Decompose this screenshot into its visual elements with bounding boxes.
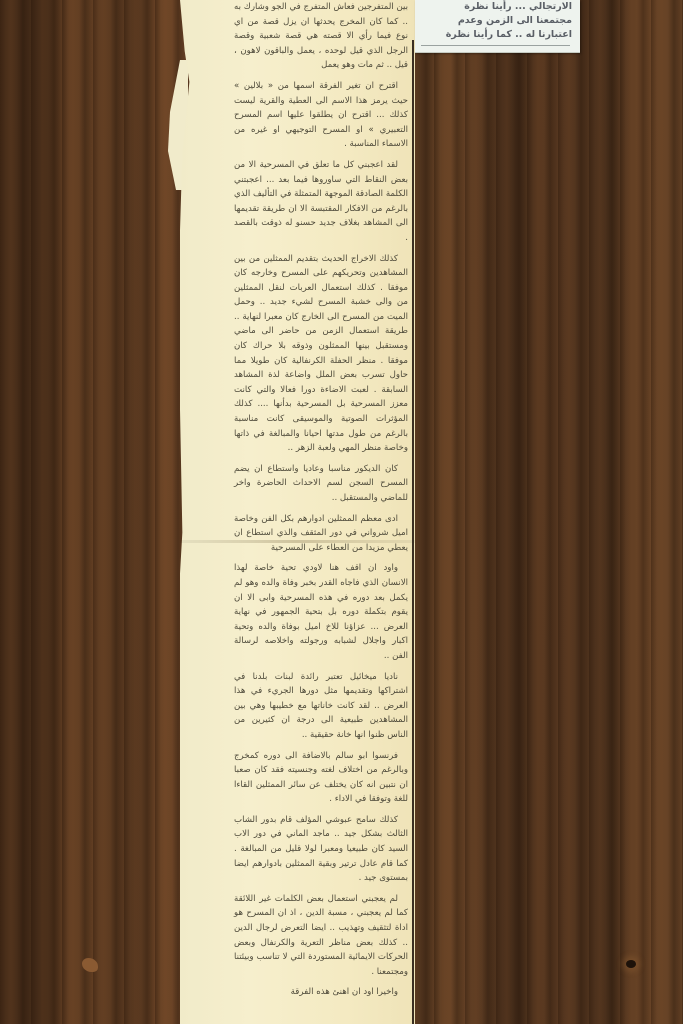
article-paragraph: كذلك الاخراج الحديث بتقديم الممثلين من ب…	[234, 252, 408, 456]
second-clipping-line: الارتجالي ... رأينا نظرة	[415, 0, 580, 14]
article-paragraph: بين المتفرجين فعاش المتفرج في الجو وشارك…	[234, 0, 408, 73]
article-paragraph: واود ان اقف هنا لاودي تحية خاصة لهذا الا…	[234, 561, 408, 663]
second-clipping-rule	[421, 45, 570, 46]
article-paragraph: فرنسوا ابو سالم بالاضافة الى دوره كمخرج …	[234, 749, 408, 807]
article-paragraph: ناديا ميخائيل تعتبر رائدة لبنات بلدنا في…	[234, 670, 408, 743]
article-column: بين المتفرجين فعاش المتفرج في الجو وشارك…	[234, 0, 408, 1006]
column-rule	[412, 40, 414, 1024]
second-clipping-line: مجتمعنا الى الزمن وعدم	[415, 14, 580, 28]
article-paragraph: لقد اعجبني كل ما تعلق في المسرحية الا من…	[234, 158, 408, 246]
article-paragraph: كان الديكور مناسبا وعاديا واستطاع ان يضم…	[234, 462, 408, 506]
wood-chip-mark	[82, 958, 98, 972]
article-paragraph: لم يعجبني استعمال بعض الكلمات غير اللائق…	[234, 892, 408, 980]
article-paragraph: واخيرا اود ان اهنئ هذه الفرقة	[234, 985, 408, 1000]
second-clipping: الارتجالي ... رأينا نظرة مجتمعنا الى الز…	[415, 0, 580, 53]
second-clipping-line: اعتبارنا له .. كما رأينا نظرة	[415, 28, 580, 42]
article-paragraph: كذلك سامح عبوشي المؤلف قام بدور الشاب ال…	[234, 813, 408, 886]
article-paragraph: اقترح ان تغير الفرقة اسمها من « بلالين »…	[234, 79, 408, 152]
article-paragraph: ادى معظم الممثلين ادوارهم بكل الفن وخاصة…	[234, 512, 408, 556]
wood-knot-hole	[626, 960, 636, 968]
